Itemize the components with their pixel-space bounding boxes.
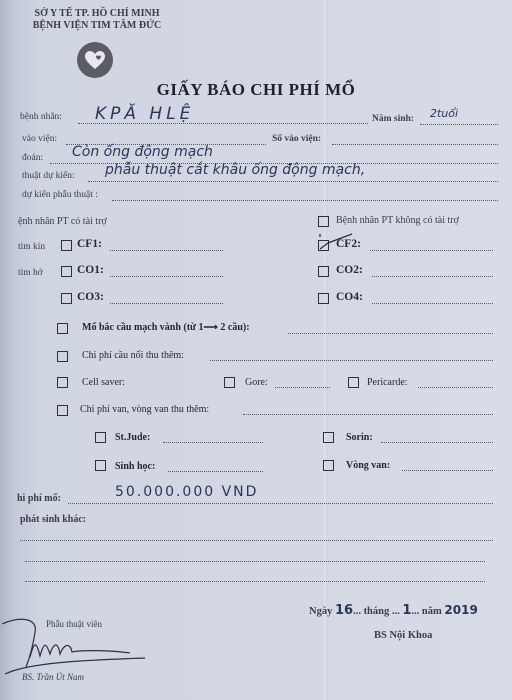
date-prefix: Ngày: [309, 606, 332, 617]
co2-checkbox[interactable]: [318, 266, 329, 277]
planned-surgery-label: thuật dự kiến:: [22, 171, 75, 181]
birth-year-label: Năm sinh:: [372, 114, 414, 124]
cf1-checkbox[interactable]: [61, 240, 72, 251]
st-jude-line[interactable]: [163, 442, 263, 443]
cost-notice-document: SỞ Y TẾ TP. HỒ CHÍ MINH BỆNH VIỆN TIM TÂ…: [0, 0, 512, 700]
patient-name-label: bệnh nhân:: [20, 112, 62, 122]
cabg-line[interactable]: [288, 333, 493, 334]
bio-valve-line[interactable]: [168, 471, 263, 472]
unsponsored-checkbox[interactable]: [318, 216, 329, 227]
other-costs-label: phát sinh khác:: [20, 514, 86, 525]
cf2-label: CF2:: [336, 238, 361, 250]
month-prefix: tháng: [364, 606, 390, 617]
planned-surgery-line: [88, 181, 498, 182]
heart-icon: [84, 50, 106, 70]
planned-date-line[interactable]: [112, 200, 498, 201]
date-line: Ngày 16... tháng ... 1... năm 2019: [309, 603, 478, 618]
pericarde-label: Pericarde:: [367, 377, 408, 388]
date-day[interactable]: 16: [335, 603, 353, 618]
letterhead: SỞ Y TẾ TP. HỒ CHÍ MINH BỆNH VIỆN TIM TÂ…: [22, 8, 172, 32]
admission-date-label: vào viện:: [22, 134, 57, 144]
valve-fee-label: Chi phí van, vòng van thu thêm:: [80, 404, 209, 415]
admission-no-line[interactable]: [332, 144, 498, 145]
bio-valve-label: Sinh học:: [115, 461, 155, 472]
co4-line[interactable]: [372, 303, 493, 304]
department-name: SỞ Y TẾ TP. HỒ CHÍ MINH: [22, 8, 172, 20]
valve-fee-line[interactable]: [243, 414, 493, 415]
patient-name-value[interactable]: KPĂ HLỆ: [95, 104, 194, 124]
sponsored-label: ệnh nhân PT có tài trợ: [18, 216, 107, 227]
other-costs-line-1[interactable]: [20, 540, 493, 541]
co1-line[interactable]: [110, 276, 223, 277]
year-prefix: năm: [422, 606, 442, 617]
other-costs-line-2[interactable]: [25, 561, 485, 562]
other-costs-line-3[interactable]: [25, 581, 485, 582]
gore-checkbox[interactable]: [224, 377, 235, 388]
co4-label: CO4:: [336, 291, 363, 303]
cabg-checkbox[interactable]: [57, 323, 68, 334]
co3-label: CO3:: [77, 291, 104, 303]
internist-title: BS Nội Khoa: [374, 630, 432, 641]
co4-checkbox[interactable]: [318, 293, 329, 304]
birth-year-value[interactable]: 2tuổi: [430, 107, 458, 120]
st-jude-checkbox[interactable]: [95, 432, 106, 443]
cf1-label: CF1:: [77, 238, 102, 250]
pericarde-checkbox[interactable]: [348, 377, 359, 388]
sorin-line[interactable]: [381, 442, 493, 443]
valve-ring-line[interactable]: [402, 470, 493, 471]
date-month[interactable]: 1: [402, 603, 411, 618]
document-title: GIẤY BÁO CHI PHÍ MỔ: [0, 80, 512, 100]
valve-ring-checkbox[interactable]: [323, 460, 334, 471]
st-jude-label: St.Jude:: [115, 432, 150, 443]
surgery-cost-label: hi phí mổ:: [17, 493, 61, 504]
cf2-line[interactable]: [370, 250, 493, 251]
co3-line[interactable]: [110, 303, 223, 304]
gore-line[interactable]: [275, 387, 330, 388]
surgeon-name: BS. Trần Út Nam: [22, 672, 84, 682]
diagnosis-label: đoán:: [22, 153, 43, 163]
closed-heart-label: tim kín: [18, 242, 45, 252]
co1-checkbox[interactable]: [61, 266, 72, 277]
paper-fold: [324, 0, 325, 700]
bridge-fee-line[interactable]: [210, 360, 493, 361]
hospital-name: BỆNH VIỆN TIM TÂM ĐỨC: [22, 20, 172, 32]
co2-line[interactable]: [372, 276, 493, 277]
cell-saver-checkbox[interactable]: [57, 377, 68, 388]
valve-fee-checkbox[interactable]: [57, 405, 68, 416]
co1-label: CO1:: [77, 264, 104, 276]
bridge-fee-checkbox[interactable]: [57, 351, 68, 362]
surgery-cost-value[interactable]: 50.000.000 VND: [115, 484, 258, 500]
date-year[interactable]: 2019: [444, 603, 477, 617]
co2-label: CO2:: [336, 264, 363, 276]
cell-saver-label: Cell saver:: [82, 377, 125, 388]
bridge-fee-label: Chi phí cầu nối thu thêm:: [82, 350, 184, 361]
hospital-logo: [77, 42, 113, 78]
unsponsored-label: Bệnh nhân PT không có tài trợ: [336, 215, 459, 226]
diagnosis-value[interactable]: Còn ống động mạch: [72, 144, 213, 160]
cf1-line[interactable]: [110, 250, 223, 251]
gore-label: Gore:: [245, 377, 268, 388]
planned-surgery-value[interactable]: phẫu thuật cắt khâu ống động mạch,: [105, 162, 365, 178]
open-heart-label: tim hở: [18, 268, 43, 278]
sorin-label: Sorin:: [346, 432, 373, 443]
admission-no-label: Số vào viện:: [272, 134, 321, 144]
planned-date-label: dự kiến phẫu thuật :: [22, 190, 98, 200]
birth-year-line: [420, 124, 498, 125]
sorin-checkbox[interactable]: [323, 432, 334, 443]
valve-ring-label: Vòng van:: [346, 460, 390, 471]
cabg-label: Mổ bắc cầu mạch vành (từ 1⟶ 2 cầu):: [82, 322, 250, 333]
co3-checkbox[interactable]: [61, 293, 72, 304]
bio-valve-checkbox[interactable]: [95, 460, 106, 471]
surgery-cost-line: [68, 503, 493, 504]
pericarde-line[interactable]: [418, 387, 493, 388]
